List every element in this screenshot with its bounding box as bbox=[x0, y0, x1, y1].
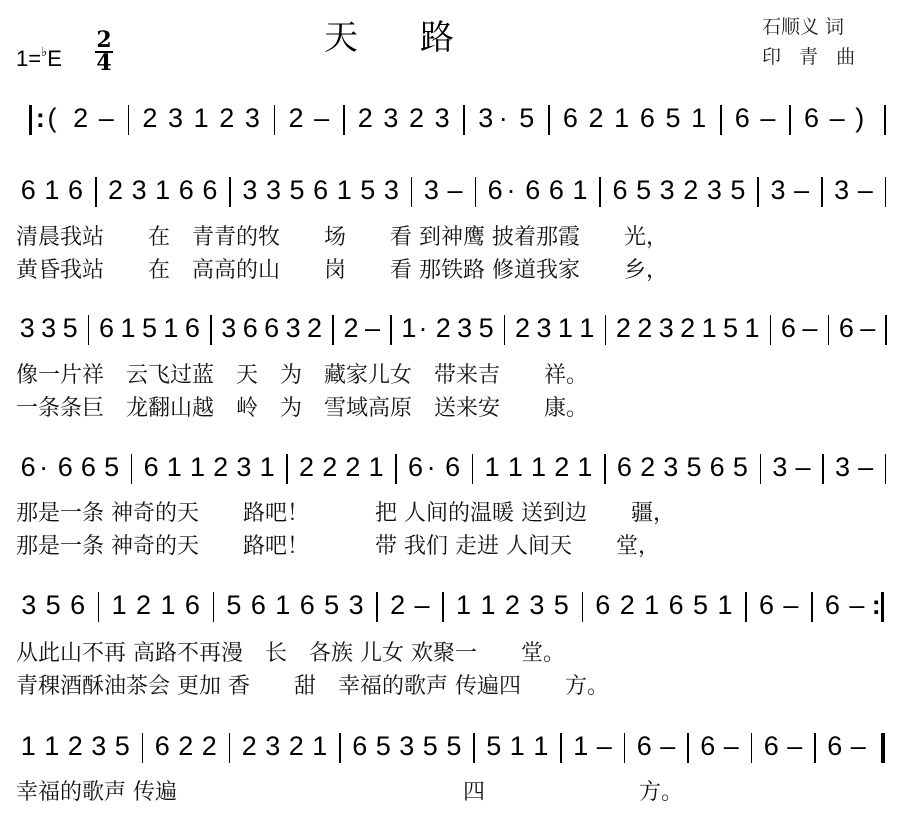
note: 2 bbox=[136, 590, 151, 620]
lyric-verse1-line4: 那是一条 神奇的天 路吧！ 把 人间的温暖 送到边 疆， bbox=[16, 496, 675, 527]
barline bbox=[395, 454, 397, 484]
barline bbox=[884, 105, 886, 135]
note: 2 bbox=[307, 313, 322, 343]
note: 3 bbox=[21, 590, 36, 620]
note: 6 bbox=[352, 731, 367, 761]
note: 5 bbox=[226, 590, 241, 620]
note: 5 bbox=[446, 731, 461, 761]
note: 6 bbox=[155, 731, 170, 761]
note: 2 bbox=[345, 452, 360, 482]
note: 3 bbox=[707, 175, 722, 205]
barline bbox=[599, 177, 601, 207]
lyric-verse1-line5: 从此山不再 高路不再漫 长 各族 儿女 欢聚一 堂。 bbox=[16, 636, 565, 667]
note: 3 bbox=[384, 175, 399, 205]
note: 5 bbox=[63, 313, 78, 343]
note: 2 bbox=[640, 452, 655, 482]
note: 2 bbox=[219, 103, 234, 133]
lyric-line6: 幸福的歌声 传遍 四 方。 bbox=[16, 775, 683, 806]
note: 5 bbox=[486, 731, 501, 761]
dash-extension: – bbox=[849, 590, 864, 620]
note: 3 bbox=[659, 313, 674, 343]
lyric-verse2-line2: 黄昏我站 在 高高的山 岗 看 那铁路 修道我家 乡， bbox=[16, 253, 668, 284]
note: 2 bbox=[108, 175, 123, 205]
note: 3 bbox=[660, 175, 675, 205]
barline bbox=[560, 733, 562, 763]
note: 3 bbox=[435, 103, 450, 133]
note: 6 bbox=[781, 313, 796, 343]
note: 6 bbox=[617, 452, 632, 482]
barline bbox=[811, 592, 813, 622]
note: 6 bbox=[185, 590, 200, 620]
dash-extension: – bbox=[99, 103, 114, 133]
note: 6 bbox=[804, 103, 819, 133]
note: 5 bbox=[730, 175, 745, 205]
note: 3 bbox=[245, 103, 260, 133]
lyric-verse2-line4: 那是一条 神奇的天 路吧！ 带 我们 走进 人间天 堂， bbox=[16, 529, 660, 560]
note: 6 bbox=[58, 452, 73, 482]
barline bbox=[751, 733, 753, 763]
note: 3 bbox=[286, 313, 301, 343]
note: 3 bbox=[834, 175, 849, 205]
lyric-verse1-line2: 清晨我站 在 青青的牧 场 看 到神鹰 披着那霞 光， bbox=[16, 220, 668, 251]
note: 6 bbox=[264, 313, 279, 343]
barline bbox=[720, 105, 722, 135]
note: 6 bbox=[613, 175, 628, 205]
note: 5 bbox=[290, 175, 305, 205]
barline bbox=[885, 454, 887, 484]
barline bbox=[442, 592, 444, 622]
note: 6 bbox=[70, 590, 85, 620]
note: 5 bbox=[636, 175, 651, 205]
barline bbox=[881, 592, 885, 622]
dash-extension: – bbox=[787, 731, 802, 761]
note: 3 bbox=[20, 313, 35, 343]
note: 5 bbox=[519, 103, 534, 133]
note: 6 bbox=[99, 313, 114, 343]
barline bbox=[814, 733, 816, 763]
note: 3 bbox=[383, 103, 398, 133]
augmentation-dot: · bbox=[427, 452, 436, 482]
note: 3 bbox=[835, 452, 850, 482]
note: 6 bbox=[313, 175, 328, 205]
barline bbox=[343, 105, 345, 135]
barline bbox=[229, 733, 231, 763]
note: 6 bbox=[300, 590, 315, 620]
dash-extension: – bbox=[783, 590, 798, 620]
barline bbox=[821, 177, 823, 207]
note: 2 bbox=[289, 103, 304, 133]
note: 6 bbox=[243, 313, 258, 343]
staff-line-3: 33561516366322–1·235231122321516–6– bbox=[0, 313, 905, 353]
note: 3 bbox=[265, 731, 280, 761]
note: 6 bbox=[595, 590, 610, 620]
note: 1 bbox=[401, 313, 416, 343]
note: 3 bbox=[132, 175, 147, 205]
barline bbox=[332, 315, 334, 345]
note: 5 bbox=[733, 452, 748, 482]
note: 2 bbox=[142, 103, 157, 133]
note: 6 bbox=[408, 452, 423, 482]
note: 6 bbox=[488, 175, 503, 205]
note: 6 bbox=[735, 103, 750, 133]
augmentation-dot: · bbox=[419, 313, 428, 343]
note: 5 bbox=[423, 731, 438, 761]
note: ( bbox=[47, 103, 56, 133]
note: 2 bbox=[202, 731, 217, 761]
note: 1 bbox=[572, 175, 587, 205]
augmentation-dot: · bbox=[506, 175, 515, 205]
note: 3 bbox=[536, 313, 551, 343]
note: 6 bbox=[179, 175, 194, 205]
note: 1 bbox=[160, 590, 175, 620]
note: 6 bbox=[563, 103, 578, 133]
note: 2 bbox=[616, 313, 631, 343]
repeat-sign: : bbox=[36, 103, 45, 133]
composer-credit: 印 青 曲 bbox=[762, 42, 861, 69]
note: 6 bbox=[549, 175, 564, 205]
key-signature: 1=♭E bbox=[16, 44, 62, 72]
note: 3 bbox=[457, 313, 472, 343]
barline bbox=[687, 733, 689, 763]
dash-extension: – bbox=[794, 175, 809, 205]
note: ) bbox=[855, 103, 864, 133]
staff-line-4: 6·66561123122216·6111216235653–3– bbox=[0, 452, 905, 492]
note: 2 bbox=[213, 452, 228, 482]
note: 5 bbox=[46, 590, 61, 620]
note: 6 bbox=[144, 452, 159, 482]
note: 2 bbox=[436, 313, 451, 343]
time-signature: 24 bbox=[95, 30, 113, 74]
note: 1 bbox=[480, 590, 495, 620]
note: 6 bbox=[21, 175, 36, 205]
note: 3 bbox=[663, 452, 678, 482]
note: 6 bbox=[637, 731, 652, 761]
barline bbox=[745, 592, 747, 622]
dash-extension: – bbox=[858, 175, 873, 205]
note: 2 bbox=[358, 103, 373, 133]
dash-extension: – bbox=[830, 103, 845, 133]
note: 2 bbox=[322, 452, 337, 482]
barline bbox=[213, 592, 215, 622]
barline bbox=[504, 315, 506, 345]
note: 6 bbox=[445, 452, 460, 482]
note: 1 bbox=[614, 103, 629, 133]
note: 2 bbox=[390, 590, 405, 620]
note: 1 bbox=[190, 452, 205, 482]
lyric-verse2-line5: 青稞酒酥油茶会 更加 香 甜 幸福的歌声 传遍四 方。 bbox=[16, 669, 609, 700]
note: 6 bbox=[669, 590, 684, 620]
note: 3 bbox=[770, 175, 785, 205]
note: 1 bbox=[112, 590, 127, 620]
dash-extension: – bbox=[858, 452, 873, 482]
note: 6 bbox=[525, 175, 540, 205]
note: 1 bbox=[531, 452, 546, 482]
note: 1 bbox=[702, 313, 717, 343]
note: 2 bbox=[620, 590, 635, 620]
note: 1 bbox=[337, 175, 352, 205]
note: 6 bbox=[21, 452, 36, 482]
barline bbox=[229, 177, 231, 207]
barline bbox=[339, 733, 341, 763]
note: 5 bbox=[360, 175, 375, 205]
note: 3 bbox=[772, 452, 787, 482]
note: 1 bbox=[717, 590, 732, 620]
note: 1 bbox=[155, 175, 170, 205]
dash-extension: – bbox=[724, 731, 739, 761]
note: 6 bbox=[185, 313, 200, 343]
barline bbox=[95, 177, 97, 207]
barline bbox=[582, 592, 584, 622]
note: 3 bbox=[91, 731, 106, 761]
dash-extension: – bbox=[365, 313, 380, 343]
note: 3 bbox=[41, 313, 56, 343]
note: 6 bbox=[81, 452, 96, 482]
barline bbox=[881, 733, 885, 763]
song-title: 天路 bbox=[324, 10, 516, 59]
note: 2 bbox=[505, 590, 520, 620]
note: 5 bbox=[324, 590, 339, 620]
barline bbox=[98, 592, 100, 622]
barline bbox=[210, 315, 212, 345]
barline bbox=[770, 315, 772, 345]
barline bbox=[822, 454, 824, 484]
barline bbox=[142, 733, 144, 763]
barline bbox=[760, 454, 762, 484]
barline bbox=[463, 105, 465, 135]
barline bbox=[828, 315, 830, 345]
note: 2 bbox=[289, 731, 304, 761]
note: 1 bbox=[194, 103, 209, 133]
barline bbox=[548, 105, 550, 135]
note: 1 bbox=[573, 731, 588, 761]
note: 1 bbox=[44, 175, 59, 205]
note: 3 bbox=[349, 590, 364, 620]
staff-line-5: 35612165616532–112356216516–6–: bbox=[0, 590, 905, 630]
note: 1 bbox=[485, 452, 500, 482]
note: 1 bbox=[44, 731, 59, 761]
note: 2 bbox=[409, 103, 424, 133]
barline bbox=[885, 315, 887, 345]
note: 3 bbox=[168, 103, 183, 133]
lyric-verse1-line3: 像一片祥 云飞过蓝 天 为 藏家儿女 带来吉 祥。 bbox=[16, 358, 588, 389]
staff-line-1: :(2–231232–23233·56216516–6–) bbox=[0, 103, 905, 143]
barline bbox=[131, 454, 133, 484]
note: 6 bbox=[827, 731, 842, 761]
note: 1 bbox=[369, 452, 384, 482]
dash-extension: – bbox=[802, 313, 817, 343]
note: 5 bbox=[665, 103, 680, 133]
note: 6 bbox=[764, 731, 779, 761]
note: 3 bbox=[236, 452, 251, 482]
barline bbox=[286, 454, 288, 484]
barline bbox=[376, 592, 378, 622]
note: 6 bbox=[825, 590, 840, 620]
note: 3 bbox=[266, 175, 281, 205]
note: 6 bbox=[759, 590, 774, 620]
barline bbox=[390, 315, 392, 345]
note: 6 bbox=[251, 590, 266, 620]
note: 1 bbox=[121, 313, 136, 343]
note: 1 bbox=[456, 590, 471, 620]
note: 5 bbox=[479, 313, 494, 343]
key-label: 1= bbox=[16, 46, 41, 71]
note: 2 bbox=[589, 103, 604, 133]
note: 1 bbox=[275, 590, 290, 620]
dash-extension: – bbox=[660, 731, 675, 761]
note: 5 bbox=[723, 313, 738, 343]
note: 1 bbox=[163, 313, 178, 343]
note: 2 bbox=[68, 731, 83, 761]
note: 1 bbox=[510, 731, 525, 761]
staff-line-2: 6162316633561533–6·6616532353–3– bbox=[0, 175, 905, 215]
note: 2 bbox=[515, 313, 530, 343]
dash-extension: – bbox=[860, 313, 875, 343]
note: 2 bbox=[242, 731, 257, 761]
note: 3 bbox=[478, 103, 493, 133]
note: 5 bbox=[554, 590, 569, 620]
lyricist-credit: 石顺义 词 bbox=[762, 12, 844, 39]
dash-extension: – bbox=[796, 452, 811, 482]
note: 6 bbox=[839, 313, 854, 343]
note: 1 bbox=[21, 731, 36, 761]
dash-extension: – bbox=[760, 103, 775, 133]
staff-line-6: 112356222321653555111–6–6–6–6– bbox=[0, 731, 905, 771]
repeat-sign: : bbox=[872, 590, 881, 620]
note: 6 bbox=[700, 731, 715, 761]
barline bbox=[624, 733, 626, 763]
barline bbox=[128, 105, 130, 135]
dash-extension: – bbox=[597, 731, 612, 761]
dash-extension: – bbox=[851, 731, 866, 761]
note: 5 bbox=[104, 452, 119, 482]
note: 6 bbox=[710, 452, 725, 482]
note: 1 bbox=[691, 103, 706, 133]
note: 5 bbox=[693, 590, 708, 620]
barline bbox=[605, 315, 607, 345]
note: 1 bbox=[744, 313, 759, 343]
note: 1 bbox=[508, 452, 523, 482]
note: 2 bbox=[178, 731, 193, 761]
note: 3 bbox=[242, 175, 257, 205]
note: 3 bbox=[424, 175, 439, 205]
lyric-verse2-line3: 一条条巨 龙翻山越 岭 为 雪域高原 送来安 康。 bbox=[16, 391, 588, 422]
barline bbox=[411, 177, 413, 207]
barline bbox=[473, 733, 475, 763]
note: 1 bbox=[533, 731, 548, 761]
key-note: E bbox=[47, 46, 62, 71]
barline bbox=[475, 177, 477, 207]
note: 1 bbox=[644, 590, 659, 620]
note: 3 bbox=[399, 731, 414, 761]
note: 2 bbox=[554, 452, 569, 482]
augmentation-dot: · bbox=[499, 103, 508, 133]
note: 1 bbox=[167, 452, 182, 482]
note: 6 bbox=[202, 175, 217, 205]
note: 1 bbox=[558, 313, 573, 343]
barline bbox=[274, 105, 276, 135]
augmentation-dot: · bbox=[39, 452, 48, 482]
note: 3 bbox=[529, 590, 544, 620]
note: 1 bbox=[577, 452, 592, 482]
dash-extension: – bbox=[415, 590, 430, 620]
barline bbox=[29, 105, 33, 135]
note: 2 bbox=[683, 175, 698, 205]
barline bbox=[472, 454, 474, 484]
note: 2 bbox=[73, 103, 88, 133]
note: 6 bbox=[640, 103, 655, 133]
note: 1 bbox=[579, 313, 594, 343]
note: 1 bbox=[312, 731, 327, 761]
note: 5 bbox=[686, 452, 701, 482]
note: 3 bbox=[221, 313, 236, 343]
note: 6 bbox=[68, 175, 83, 205]
note: 5 bbox=[142, 313, 157, 343]
note: 5 bbox=[115, 731, 130, 761]
barline bbox=[885, 177, 887, 207]
barline bbox=[604, 454, 606, 484]
barline bbox=[789, 105, 791, 135]
note: 2 bbox=[344, 313, 359, 343]
time-bottom: 4 bbox=[96, 50, 111, 76]
note: 1 bbox=[260, 452, 275, 482]
note: 5 bbox=[376, 731, 391, 761]
note: 2 bbox=[637, 313, 652, 343]
note: 2 bbox=[680, 313, 695, 343]
barline bbox=[757, 177, 759, 207]
barline bbox=[88, 315, 90, 345]
dash-extension: – bbox=[448, 175, 463, 205]
note: 2 bbox=[299, 452, 314, 482]
dash-extension: – bbox=[314, 103, 329, 133]
